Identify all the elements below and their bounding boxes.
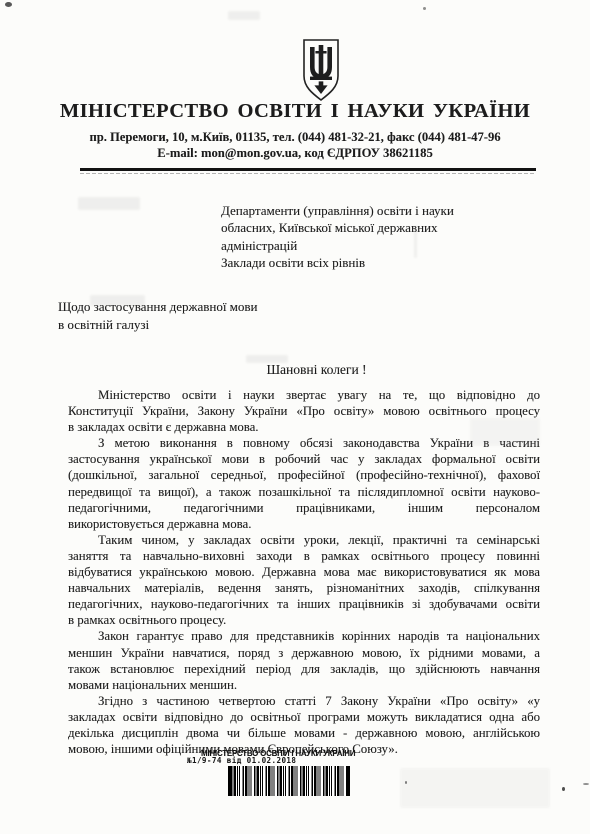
paragraph: З метою виконання в повному обсязі закон… <box>68 435 540 532</box>
ministry-email-line: E-mail: mon@mon.gov.ua, код ЄДРПОУ 38621… <box>0 146 590 161</box>
scan-smudge <box>470 418 540 446</box>
scan-speck <box>5 2 12 7</box>
body-line: меншин України навчатися, поряд з держав… <box>68 645 540 661</box>
body-line: педагогічними, педагогічними працівникам… <box>68 500 540 516</box>
recipient-line: обласних, Київської міської державних <box>221 219 454 236</box>
ukraine-trident-emblem-icon <box>301 38 341 102</box>
scan-speck <box>562 787 565 791</box>
salutation: Шановні колеги ! <box>68 362 540 378</box>
body-line: Міністерство освіти і науки звертає уваг… <box>68 387 540 403</box>
recipient-line: адміністрацій <box>221 237 454 254</box>
body-line: Таким чином, у закладах освіти уроки, ле… <box>68 532 540 548</box>
ministry-address-line: пр. Перемоги, 10, м.Київ, 01135, тел. (0… <box>0 130 590 145</box>
body-line: декілька дисциплін двома чи більше мовам… <box>68 725 540 741</box>
scan-smudge <box>228 11 260 20</box>
letterhead-separator-dashes <box>80 173 536 174</box>
body-line: закладах освіти відповідно до освітньої … <box>68 709 540 725</box>
body-line: Конституції України, Закону України «Про… <box>68 403 540 419</box>
subject-block: Щодо застосування державної мови в освіт… <box>58 298 258 333</box>
body-line: (дошкільної, загальної середньої, профес… <box>68 467 540 483</box>
body-line: також встановлює перехідний період для з… <box>68 661 540 677</box>
body-line: мовами національних меншин. <box>68 677 540 693</box>
scan-smudge <box>414 226 417 258</box>
scan-speck <box>583 783 589 785</box>
barcode <box>228 766 350 796</box>
body-line: в рамках освітнього процесу. <box>68 612 540 628</box>
body-line: Закон гарантує право для представників к… <box>68 628 540 644</box>
body-line: застосування української мови в робочий … <box>68 451 540 467</box>
body-line: навчальних матеріалів, ведення занять, р… <box>68 580 540 596</box>
ministry-title: МІНІСТЕРСТВО ОСВІТИ І НАУКИ УКРАЇНИ <box>0 100 590 123</box>
paragraph: Закон гарантує право для представників к… <box>68 628 540 692</box>
scan-speck <box>423 7 426 10</box>
registration-stamp-number: №1/9-74 від 01.02.2018 <box>187 756 296 765</box>
scan-smudge <box>400 768 550 808</box>
recipient-line: Заклади освіти всіх рівнів <box>221 254 454 271</box>
body-line: передвищої та вищої), а також позашкільн… <box>68 484 540 500</box>
paragraph: Таким чином, у закладах освіти уроки, ле… <box>68 532 540 629</box>
subject-line: в освітній галузі <box>58 316 258 334</box>
body-line: педагогічних, науково-педагогічних та ін… <box>68 596 540 612</box>
body-line: використовується державна мова. <box>68 516 540 532</box>
scan-smudge <box>246 355 288 363</box>
scanned-letter-page: МІНІСТЕРСТВО ОСВІТИ І НАУКИ УКРАЇНИ пр. … <box>0 0 590 834</box>
letterhead-separator-line <box>80 168 536 171</box>
body-line: заняття та навчально-виховні заходи в ра… <box>68 548 540 564</box>
scan-smudge <box>78 197 140 210</box>
body-line: відбуватися українською мовою. Державна … <box>68 564 540 580</box>
recipient-block: Департаменти (управління) освіти і науки… <box>221 202 454 271</box>
recipient-line: Департаменти (управління) освіти і науки <box>221 202 454 219</box>
subject-line: Щодо застосування державної мови <box>58 298 258 316</box>
body-line: Згідно з частиною четвертою статті 7 Зак… <box>68 693 540 709</box>
scan-smudge <box>90 295 145 306</box>
